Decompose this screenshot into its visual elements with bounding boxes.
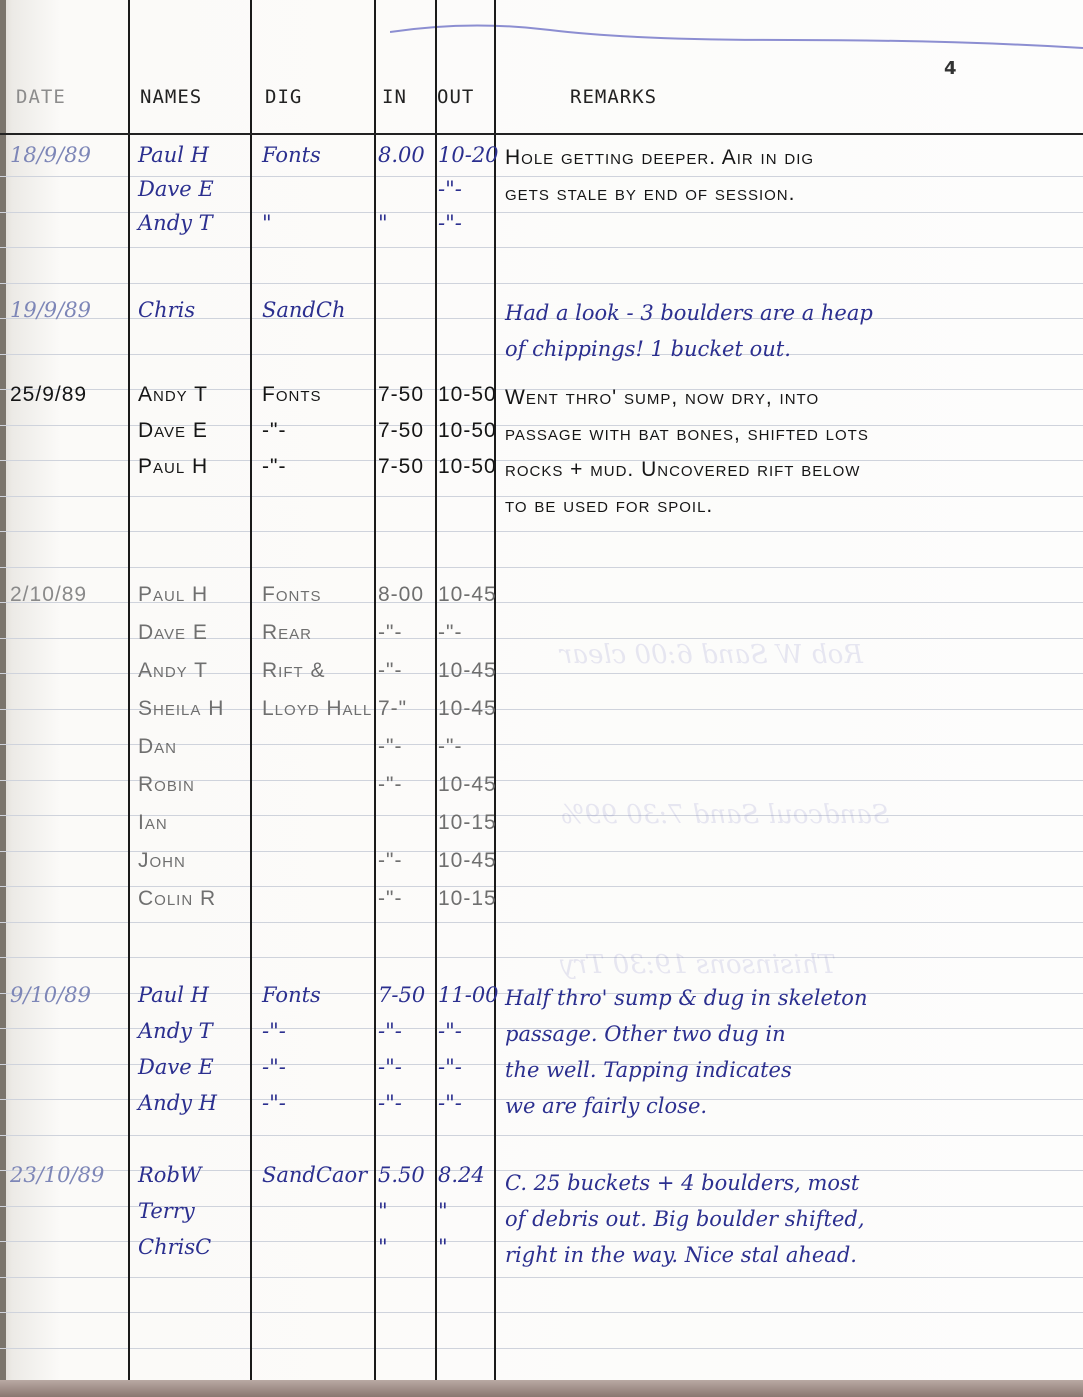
entry-name: Dave E: [138, 1052, 214, 1082]
header-names: NAMES: [140, 86, 202, 108]
page-number: 4: [944, 58, 957, 79]
entry-remark-line: right in the way. Nice stal ahead.: [505, 1237, 1075, 1273]
entry-time-out: 11-00: [438, 980, 499, 1010]
entry-time-out: -"-: [438, 1016, 462, 1046]
ruled-line: [0, 283, 1083, 284]
entry-time-out: ": [438, 1196, 448, 1226]
entry-name: Terry: [138, 1196, 195, 1226]
entry-time-out: -"-: [438, 1052, 462, 1082]
entry-name: Andy T: [138, 380, 208, 410]
column-divider-names-dig: [250, 0, 252, 1380]
entry-dig: -"-: [262, 1016, 286, 1046]
ruled-line: [0, 1348, 1083, 1349]
ruled-line: [0, 247, 1083, 248]
entry-time-out: 10-45: [438, 694, 497, 724]
entry-time-out: -"-: [438, 1088, 462, 1118]
header-in: IN: [382, 86, 407, 108]
entry-time-out: 10-45: [438, 770, 497, 800]
ruled-line: [0, 1135, 1083, 1136]
entry-remark-line: passage. Other two dug in: [505, 1016, 1075, 1052]
entry-name: ChrisC: [138, 1232, 211, 1262]
entry-dig: Fonts: [262, 380, 322, 410]
entry-name: Sheila H: [138, 694, 224, 724]
entry-time-out: 10-45: [438, 846, 497, 876]
entry-name: Dave E: [138, 174, 214, 204]
entry-remark-line: rocks + mud. Uncovered rift below: [505, 452, 1075, 488]
column-divider-in-out: [435, 0, 437, 1380]
entry-time-in: 7-": [378, 694, 407, 724]
entry-date: 18/9/89: [10, 140, 91, 170]
entry-time-in: -"-: [378, 618, 402, 648]
entry-dig: Rear: [262, 618, 312, 648]
entry-remark-line: passage with bat bones, shifted lots: [505, 416, 1075, 452]
entry-date: 25/9/89: [10, 380, 87, 410]
entry-dig: ": [262, 208, 272, 238]
logbook-page: DATE NAMES DIG IN OUT REMARKS 4 Rob W Sa…: [0, 0, 1083, 1397]
entry-time-in: -"-: [378, 846, 402, 876]
ruled-line: [0, 957, 1083, 958]
entry-time-out: 10-50: [438, 380, 497, 410]
entry-name: Andy H: [138, 1088, 217, 1118]
entry-remark-line: of chippings! 1 bucket out.: [505, 331, 1075, 367]
header-remarks: REMARKS: [570, 86, 657, 108]
entry-name: RobW: [138, 1160, 201, 1190]
entry-time-out: 10-15: [438, 808, 497, 838]
entry-remark-line: to be used for spoil.: [505, 488, 1075, 524]
entry-name: Andy T: [138, 208, 213, 238]
entry-time-out: 10-50: [438, 416, 497, 446]
entry-name: Andy T: [138, 656, 208, 686]
entry-time-out: 10-20: [438, 140, 499, 170]
entry-time-out: ": [438, 1232, 448, 1262]
page-binding-edge: [0, 0, 6, 1397]
entry-time-in: 7-50: [378, 452, 424, 482]
header-date: DATE: [16, 86, 66, 108]
column-divider-dig-in: [374, 0, 376, 1380]
entry-time-in: -"-: [378, 1052, 402, 1082]
entry-dig: SandCaor: [262, 1160, 367, 1190]
entry-name: Dave E: [138, 416, 208, 446]
entry-date: 9/10/89: [10, 980, 91, 1010]
entry-name: Dan: [138, 732, 177, 762]
entry-remark-line: the well. Tapping indicates: [505, 1052, 1075, 1088]
entry-time-out: 8.24: [438, 1160, 485, 1190]
entry-name: Paul H: [138, 452, 208, 482]
entry-dig: SandCh: [262, 295, 345, 325]
entry-time-in: 8.00: [378, 140, 425, 170]
entry-name: Paul H: [138, 140, 209, 170]
header-rule: [0, 133, 1083, 135]
entry-remark-line: Went thro' sump, now dry, into: [505, 380, 1075, 416]
entry-dig: Rift &: [262, 656, 326, 686]
entry-dig: -"-: [262, 1088, 286, 1118]
ruled-line: [0, 922, 1083, 923]
entry-name: Chris: [138, 295, 195, 325]
entry-time-out: -"-: [438, 618, 462, 648]
entry-time-in: 7-50: [378, 380, 424, 410]
column-divider-out-remarks: [494, 0, 496, 1380]
entry-time-out: -"-: [438, 174, 462, 204]
column-divider-date-names: [128, 0, 130, 1380]
entry-time-in: -"-: [378, 656, 402, 686]
entry-time-in: 7-50: [378, 980, 425, 1010]
entry-dig: Fonts: [262, 980, 321, 1010]
entry-time-in: -"-: [378, 1016, 402, 1046]
ruled-line: [0, 1312, 1083, 1313]
entry-date: 19/9/89: [10, 295, 91, 325]
entry-name: Paul H: [138, 980, 209, 1010]
entry-remark-line: Hole getting deeper. Air in dig: [505, 140, 1075, 176]
entry-remark-line: we are fairly close.: [505, 1088, 1075, 1124]
entry-name: Andy T: [138, 1016, 213, 1046]
entry-time-in: ": [378, 1232, 388, 1262]
entry-time-out: -"-: [438, 208, 462, 238]
show-through-text: Thisinsons 19:30 Try: [560, 950, 836, 980]
page-bottom-edge: [0, 1380, 1083, 1397]
entry-time-in: -"-: [378, 732, 402, 762]
entry-dig: Fonts: [262, 580, 322, 610]
entry-time-out: 10-15: [438, 884, 497, 914]
ruled-line: [0, 531, 1083, 532]
entry-dig: -"-: [262, 452, 286, 482]
entry-time-in: -"-: [378, 1088, 402, 1118]
entry-dig: -"-: [262, 1052, 286, 1082]
entry-remark-line: C. 25 buckets + 4 boulders, most: [505, 1165, 1075, 1201]
show-through-text: Sandcoul Sand 7:30 99%: [560, 800, 890, 830]
entry-name: Colin R: [138, 884, 216, 914]
entry-name: Paul H: [138, 580, 208, 610]
entry-name: Ian: [138, 808, 168, 838]
ruled-line: [0, 1277, 1083, 1278]
entry-time-out: -"-: [438, 732, 462, 762]
entry-time-in: -"-: [378, 884, 402, 914]
show-through-text: Rob W Sand 6:00 clear: [560, 640, 863, 670]
entry-remark-line: of debris out. Big boulder shifted,: [505, 1201, 1075, 1237]
entry-time-out: 10-45: [438, 580, 497, 610]
entry-time-in: 8-00: [378, 580, 424, 610]
entry-dig: -"-: [262, 416, 286, 446]
entry-time-in: 5.50: [378, 1160, 425, 1190]
entry-date: 2/10/89: [10, 580, 87, 610]
entry-name: John: [138, 846, 186, 876]
entry-name: Dave E: [138, 618, 208, 648]
header-out: OUT: [437, 86, 474, 108]
entry-dig: Lloyd Hall: [262, 694, 372, 724]
entry-dig: Fonts: [262, 140, 321, 170]
header-dig: DIG: [265, 86, 302, 108]
entry-remark-line: gets stale by end of session.: [505, 176, 1075, 212]
entry-time-in: 7-50: [378, 416, 424, 446]
entry-time-out: 10-45: [438, 656, 497, 686]
entry-time-in: -"-: [378, 770, 402, 800]
entry-time-in: ": [378, 1196, 388, 1226]
entry-remark-line: Half thro' sump & dug in skeleton: [505, 980, 1075, 1016]
entry-remark-line: Had a look - 3 boulders are a heap: [505, 295, 1075, 331]
entry-time-in: ": [378, 208, 388, 238]
entry-date: 23/10/89: [10, 1160, 104, 1190]
ruled-line: [0, 567, 1083, 568]
entry-name: Robin: [138, 770, 195, 800]
entry-time-out: 10-50: [438, 452, 497, 482]
